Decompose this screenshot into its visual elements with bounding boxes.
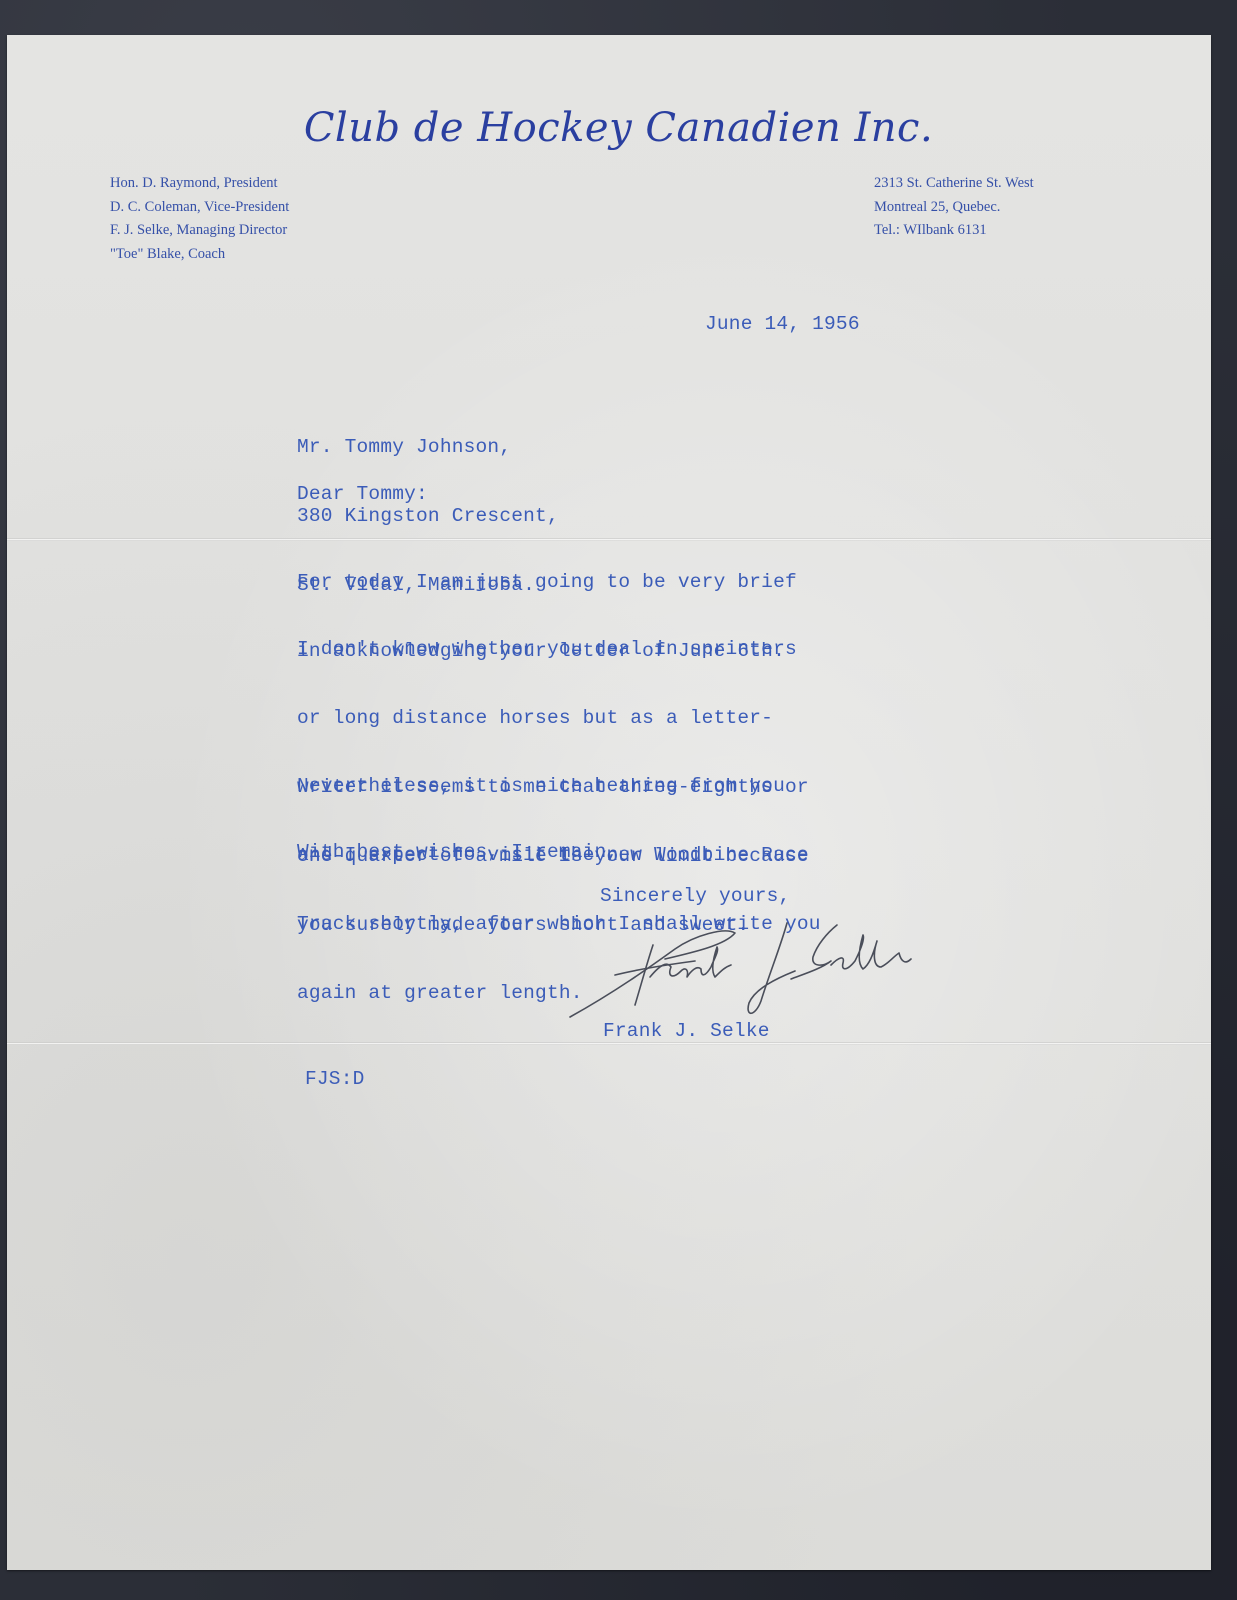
officer-line: "Toe" Blake, Coach	[110, 243, 289, 267]
fold-crease-lower	[7, 1042, 1211, 1045]
recipient-line: Mr. Tommy Johnson,	[297, 436, 559, 459]
salutation: Dear Tommy:	[297, 483, 428, 505]
address-line: Tel.: WIlbank 6131	[874, 219, 1034, 243]
body-line: I don't know whether you deal in sprinte…	[297, 638, 809, 661]
address-line: 2313 St. Catherine St. West	[874, 172, 1034, 196]
letterhead-address: 2313 St. Catherine St. West Montreal 25,…	[874, 172, 1034, 243]
address-line: Montreal 25, Quebec.	[874, 196, 1034, 220]
body-line: or long distance horses but as a letter-	[297, 707, 809, 730]
body-line: For today I am just going to be very bri…	[297, 571, 797, 594]
officer-line: F. J. Selke, Managing Director	[110, 219, 289, 243]
letterhead-officers: Hon. D. Raymond, President D. C. Coleman…	[110, 172, 289, 266]
letterhead-title: Club de Hockey Canadien Inc.	[0, 105, 1237, 151]
closing-line: With best wishes, I remain,	[297, 841, 618, 863]
officer-line: Hon. D. Raymond, President	[110, 172, 289, 196]
letter-date: June 14, 1956	[705, 313, 860, 335]
officer-line: D. C. Coleman, Vice-President	[110, 196, 289, 220]
complimentary-close: Sincerely yours,	[600, 885, 790, 907]
body-line: Nevertheless, it is nice hearing from yo…	[297, 775, 821, 798]
handwritten-signature	[555, 905, 975, 1020]
reference-initials: FJS:D	[305, 1068, 365, 1090]
typed-signer-name: Frank J. Selke	[603, 1020, 770, 1042]
